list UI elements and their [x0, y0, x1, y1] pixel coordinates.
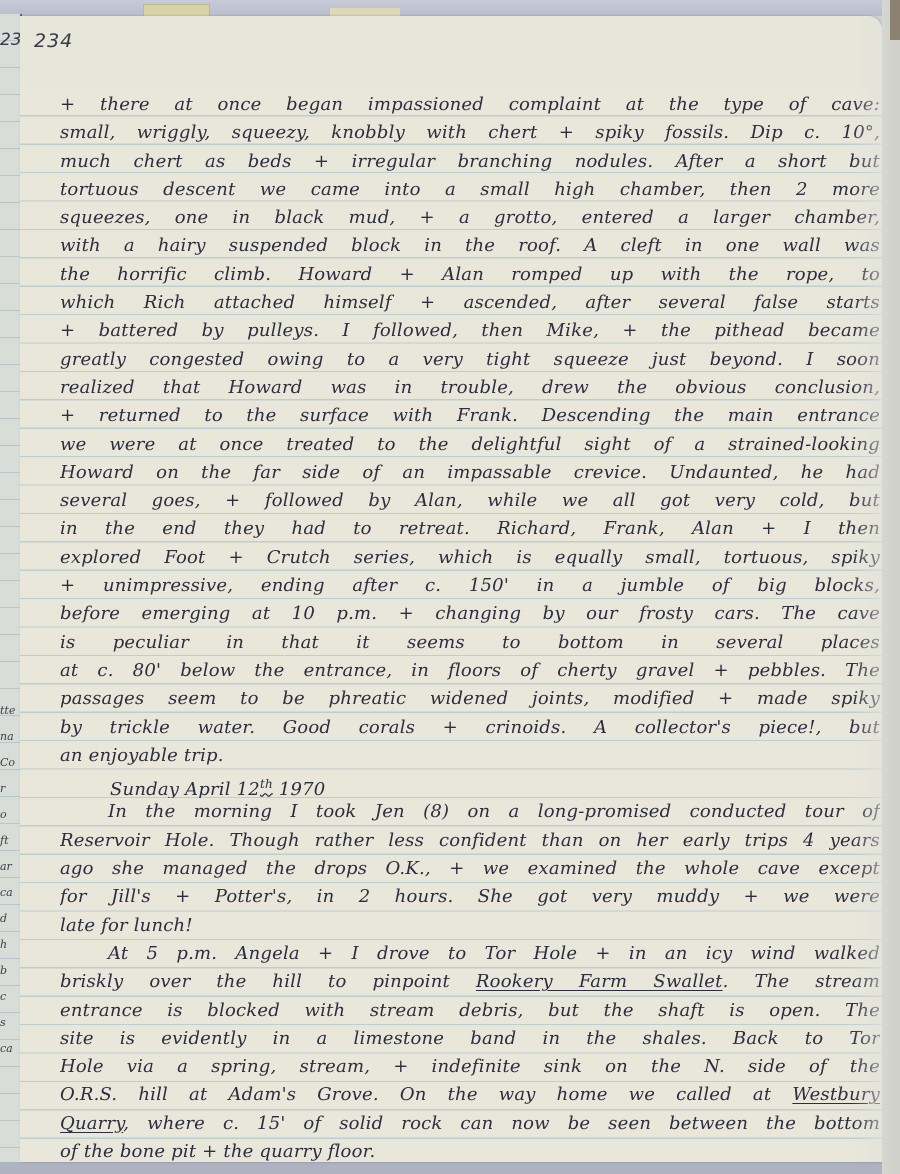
text-line: small, wriggly, squeezy, knobbly with ch… — [60, 119, 880, 147]
entry-cave-trip: + there at once began impassioned compla… — [60, 91, 880, 770]
text-line: of the bone pit + the quarry floor. — [60, 1138, 880, 1166]
text-line: Hole via a spring, stream, + indefinite … — [60, 1053, 880, 1081]
text-line: tortuous descent we came into a small hi… — [60, 176, 880, 204]
text-line: + unimpressive, ending after c. 150' in … — [60, 572, 880, 600]
place-name-underlined: Quarry — [60, 1113, 123, 1134]
text-line: At 5 p.m. Angela + I drove to Tor Hole +… — [60, 940, 880, 968]
text-line: Howard on the far side of an impassable … — [60, 459, 880, 487]
margin-fragment: Co — [0, 756, 18, 769]
margin-fragment: o — [0, 808, 18, 821]
margin-fragment: c — [0, 990, 18, 1003]
entry-reservoir-hole: In the morning I took Jen (8) on a long-… — [60, 798, 880, 939]
text-line: for Jill's + Potter's, in 2 hours. She g… — [60, 883, 880, 911]
margin-fragment: d — [0, 912, 18, 925]
text-line: late for lunch! — [60, 912, 880, 940]
text-line: Reservoir Hole. Though rather less confi… — [60, 827, 880, 855]
margin-fragment: ft — [0, 834, 18, 847]
text-line: greatly congested owing to a very tight … — [60, 346, 880, 374]
text-line: much chert as beds + irregular branching… — [60, 148, 880, 176]
text-line: + returned to the surface with Frank. De… — [60, 402, 880, 430]
text-line: in the end they had to retreat. Richard,… — [60, 515, 880, 543]
place-name-underlined: Rookery Farm Swallet — [476, 971, 723, 992]
text-line: an enjoyable trip. — [60, 742, 880, 770]
text-line: the horrific climb. Howard + Alan romped… — [60, 261, 880, 289]
text-line: several goes, + followed by Alan, while … — [60, 487, 880, 515]
page-number: 234 — [34, 30, 73, 52]
text-line: we were at once treated to the delightfu… — [60, 431, 880, 459]
text-line: is peculiar in that it seems to bottom i… — [60, 629, 880, 657]
previous-page-edge: ttenaCoroftarcadhbcsca — [0, 14, 22, 1162]
text-line: which Rich attached himself + ascended, … — [60, 289, 880, 317]
text-line: with a hairy suspended block in the roof… — [60, 232, 880, 260]
entry-tor-hole: At 5 p.m. Angela + I drove to Tor Hole +… — [60, 940, 880, 1166]
text-line: passages seem to be phreatic widened joi… — [60, 685, 880, 713]
previous-page-number: 23 — [0, 30, 22, 50]
margin-fragment: ca — [0, 886, 18, 899]
handwritten-body: + there at once began impassioned compla… — [60, 91, 880, 1166]
text-line: ago she managed the drops O.K., + we exa… — [60, 855, 880, 883]
margin-fragment: r — [0, 782, 18, 795]
date-heading: Sunday April 12th 1970 — [60, 770, 880, 798]
page-tab-marker-faint — [330, 8, 400, 16]
notebook-binding — [882, 0, 900, 1174]
margin-fragment: s — [0, 1016, 18, 1029]
text-line: entrance is blocked with stream debris, … — [60, 997, 880, 1025]
margin-fragment: tte — [0, 704, 18, 717]
margin-fragment: ar — [0, 860, 18, 873]
text-line: Quarry, where c. 15' of solid rock can n… — [60, 1110, 880, 1138]
margin-fragment: na — [0, 730, 18, 743]
text-line: O.R.S. hill at Adam's Grove. On the way … — [60, 1081, 880, 1109]
text-line: + there at once began impassioned compla… — [60, 91, 880, 119]
place-name-underlined: Westbury — [792, 1084, 880, 1105]
text-line: site is evidently in a limestone band in… — [60, 1025, 880, 1053]
notebook-page: 234 + there at once began impassioned co… — [20, 16, 882, 1162]
margin-fragment: h — [0, 938, 18, 951]
text-line: at c. 80' below the entrance, in floors … — [60, 657, 880, 685]
text-line: squeezes, one in black mud, + a grotto, … — [60, 204, 880, 232]
text-line: realized that Howard was in trouble, dre… — [60, 374, 880, 402]
text-line: + battered by pulleys. I followed, then … — [60, 317, 880, 345]
text-line: briskly over the hill to pinpoint Rooker… — [60, 968, 880, 996]
margin-fragment: b — [0, 964, 18, 977]
binding-shadow — [890, 0, 900, 40]
text-line: before emerging at 10 p.m. + changing by… — [60, 600, 880, 628]
margin-fragment: ca — [0, 1042, 18, 1055]
text-line: explored Foot + Crutch series, which is … — [60, 544, 880, 572]
text-line: by trickle water. Good corals + crinoids… — [60, 714, 880, 742]
text-line: In the morning I took Jen (8) on a long-… — [60, 798, 880, 826]
